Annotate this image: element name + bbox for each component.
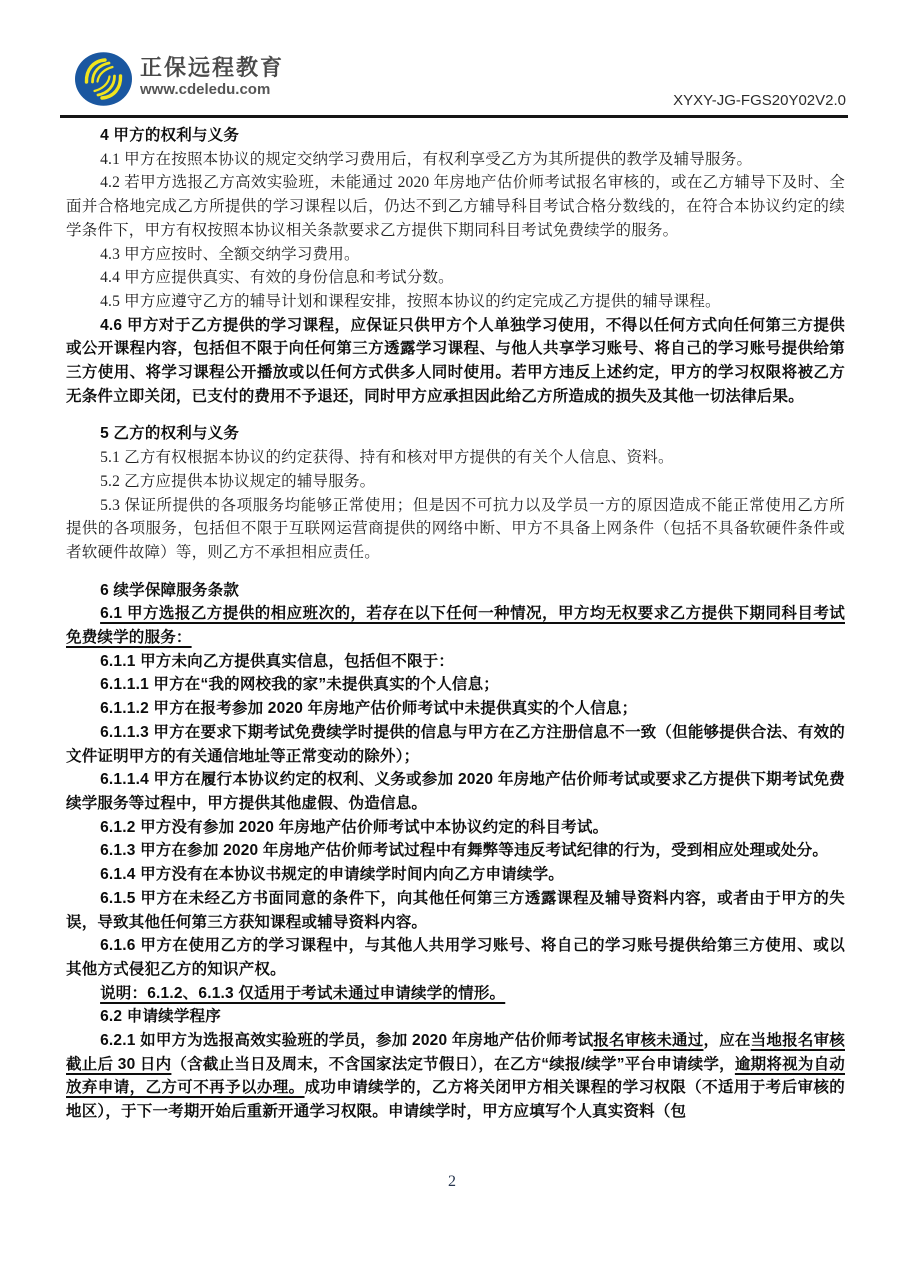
paragraph: 6.1.6 甲方在使用乙方的学习课程中，与其他人共用学习账号、将自己的学习账号提…: [66, 934, 845, 981]
paragraph: 4.6 甲方对于乙方提供的学习课程，应保证只供甲方个人单独学习使用，不得以任何方…: [66, 314, 845, 409]
swirl-globe-logo-icon: [75, 52, 132, 106]
paragraph: 6.2.1 如甲方为选报高效实验班的学员，参加 2020 年房地产估价师考试报名…: [66, 1029, 845, 1124]
paragraph: 6.1.2 甲方没有参加 2020 年房地产估价师考试中本协议约定的科目考试。: [66, 816, 845, 840]
brand-text-block: 正保远程教育 www.cdeledu.com: [140, 52, 284, 99]
header-divider: [60, 115, 848, 118]
page-number: 2: [0, 1173, 904, 1191]
paragraph: 5.1 乙方有权根据本协议的约定获得、持有和核对甲方提供的有关个人信息、资料。: [66, 446, 845, 470]
paragraph: 5.3 保证所提供的各项服务均能够正常使用；但是因不可抗力以及学员一方的原因造成…: [66, 494, 845, 565]
paragraph: 4.4 甲方应提供真实、有效的身份信息和考试分数。: [66, 266, 845, 290]
brand-url: www.cdeledu.com: [140, 80, 284, 99]
paragraph: 6.1 甲方选报乙方提供的相应班次的，若存在以下任何一种情况，甲方均无权要求乙方…: [66, 602, 845, 649]
paragraph: 4.2 若甲方选报乙方高效实验班，未能通过 2020 年房地产估价师考试报名审核…: [66, 171, 845, 242]
paragraph: 6.1.5 甲方在未经乙方书面同意的条件下，向其他任何第三方透露课程及辅导资料内…: [66, 887, 845, 934]
paragraph: 4.5 甲方应遵守乙方的辅导计划和课程安排，按照本协议的约定完成乙方提供的辅导课…: [66, 290, 845, 314]
document-code: XYXY-JG-FGS20Y02V2.0: [673, 92, 846, 109]
section-heading: 5 乙方的权利与义务: [66, 422, 845, 446]
section-heading: 4 甲方的权利与义务: [66, 124, 845, 148]
document-body: 4 甲方的权利与义务4.1 甲方在按照本协议的规定交纳学习费用后，有权利享受乙方…: [66, 124, 845, 1124]
paragraph: 4.3 甲方应按时、全额交纳学习费用。: [66, 243, 845, 267]
paragraph: 6.1.1.4 甲方在履行本协议约定的权利、义务或参加 2020 年房地产估价师…: [66, 768, 845, 815]
paragraph: 说明：6.1.2、6.1.3 仅适用于考试未通过申请续学的情形。: [66, 982, 845, 1006]
page-header: 正保远程教育 www.cdeledu.com XYXY-JG-FGS20Y02V…: [75, 52, 846, 114]
paragraph: 6.1.1 甲方未向乙方提供真实信息，包括但不限于：: [66, 650, 845, 674]
section-heading: 6 续学保障服务条款: [66, 579, 845, 603]
paragraph: 6.2 申请续学程序: [66, 1005, 845, 1029]
paragraph: 4.1 甲方在按照本协议的规定交纳学习费用后，有权利享受乙方为其所提供的教学及辅…: [66, 148, 845, 172]
paragraph: 6.1.3 甲方在参加 2020 年房地产估价师考试过程中有舞弊等违反考试纪律的…: [66, 839, 845, 863]
paragraph: 5.2 乙方应提供本协议规定的辅导服务。: [66, 470, 845, 494]
brand-name: 正保远程教育: [140, 56, 284, 80]
paragraph: 6.1.1.3 甲方在要求下期考试免费续学时提供的信息与甲方在乙方注册信息不一致…: [66, 721, 845, 768]
paragraph: 6.1.4 甲方没有在本协议书规定的申请续学时间内向乙方申请续学。: [66, 863, 845, 887]
paragraph: 6.1.1.2 甲方在报考参加 2020 年房地产估价师考试中未提供真实的个人信…: [66, 697, 845, 721]
paragraph: 6.1.1.1 甲方在“我的网校我的家”未提供真实的个人信息；: [66, 673, 845, 697]
contract-page: 正保远程教育 www.cdeledu.com XYXY-JG-FGS20Y02V…: [0, 0, 904, 1275]
